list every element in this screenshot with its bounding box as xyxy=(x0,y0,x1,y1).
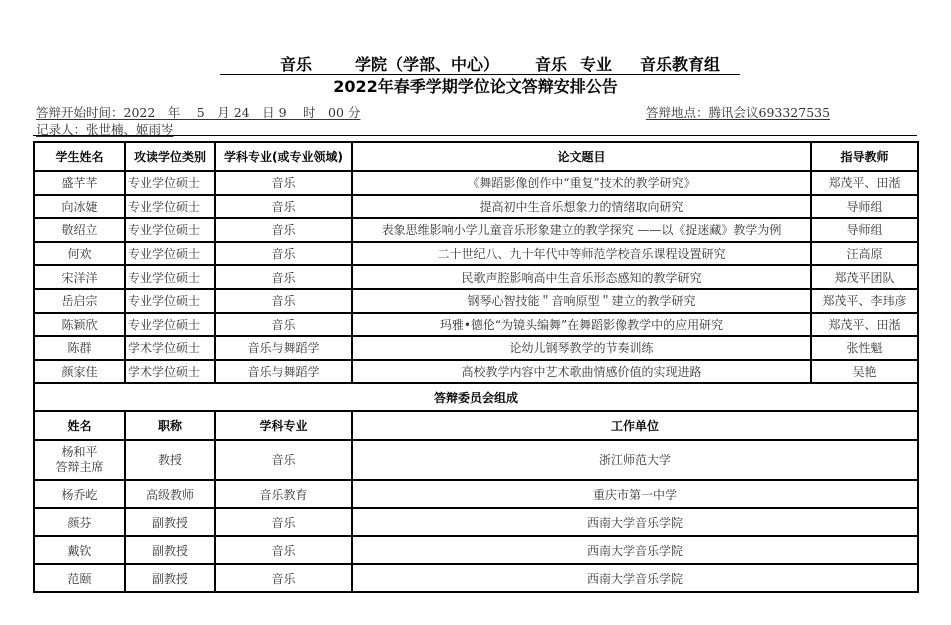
page-title: 2022年春季学期学位论文答辩安排公告 xyxy=(0,74,951,97)
member-unit: 重庆市第一中学 xyxy=(352,480,918,508)
student-name: 陈颖欣 xyxy=(34,313,125,337)
col-thesis-title: 论文题目 xyxy=(352,142,811,171)
degree-type: 专业学位硕士 xyxy=(125,171,215,195)
table-row: 陈颖欣 专业学位硕士 音乐 玛雅•德伦“为镜头编舞”在舞蹈影像教学中的应用研究 … xyxy=(34,313,918,337)
major: 音乐与舞蹈学 xyxy=(215,336,352,360)
committee-section-title: 答辩委员会组成 xyxy=(34,383,918,411)
committee-header-row: 姓名 职称 学科专业 工作单位 xyxy=(34,411,918,440)
member-title: 副教授 xyxy=(125,508,215,536)
major-suffix: 专业 xyxy=(580,52,612,75)
student-name: 向冰婕 xyxy=(34,195,125,219)
major: 音乐 xyxy=(215,265,352,289)
member-title: 教授 xyxy=(125,440,215,480)
member-title: 高级教师 xyxy=(125,480,215,508)
col-member-name: 姓名 xyxy=(34,411,125,440)
member-title: 副教授 xyxy=(125,536,215,564)
member-role: 答辩主席 xyxy=(35,460,124,475)
student-name: 岳启宗 xyxy=(34,289,125,313)
college-suffix: 学院（学部、中心） xyxy=(355,52,499,75)
member-title: 副教授 xyxy=(125,564,215,592)
student-name: 盛芊芊 xyxy=(34,171,125,195)
unit-heading: 音乐 学院（学部、中心） 音乐 专业 音乐教育组 xyxy=(220,50,740,75)
degree-type: 专业学位硕士 xyxy=(125,195,215,219)
advisor: 导师组 xyxy=(811,195,918,219)
table-row: 戴钦 副教授 音乐 西南大学音乐学院 xyxy=(34,536,918,564)
thesis-title: 《舞蹈影像创作中“重复”技术的教学研究》 xyxy=(352,171,811,195)
table-row: 何欢 专业学位硕士 音乐 二十世纪八、九十年代中等师范学校音乐课程设置研究 汪高… xyxy=(34,242,918,266)
table-row: 范颐 副教授 音乐 西南大学音乐学院 xyxy=(34,564,918,592)
table-row: 杨乔屹 高级教师 音乐教育 重庆市第一中学 xyxy=(34,480,918,508)
thesis-title: 钢琴心智技能＂音响原型＂建立的教学研究 xyxy=(352,289,811,313)
table-row: 向冰婕 专业学位硕士 音乐 提高初中生音乐想象力的情绪取向研究 导师组 xyxy=(34,195,918,219)
member-name: 颜芬 xyxy=(34,508,125,536)
thesis-title: 表象思维影响小学儿童音乐形象建立的教学探究 ——以《捉迷藏》教学为例 xyxy=(352,218,811,242)
table-row: 杨和平 答辩主席 教授 音乐 浙江师范大学 xyxy=(34,440,918,480)
thesis-title: 玛雅•德伦“为镜头编舞”在舞蹈影像教学中的应用研究 xyxy=(352,313,811,337)
col-degree-type: 攻读学位类别 xyxy=(125,142,215,171)
student-name: 何欢 xyxy=(34,242,125,266)
major: 音乐 xyxy=(215,289,352,313)
col-major: 学科专业(或专业领域) xyxy=(215,142,352,171)
member-name: 杨和平 xyxy=(35,445,124,460)
students-header-row: 学生姓名 攻读学位类别 学科专业(或专业领域) 论文题目 指导教师 xyxy=(34,142,918,171)
major: 音乐 xyxy=(215,218,352,242)
member-major: 音乐 xyxy=(215,536,352,564)
advisor: 导师组 xyxy=(811,218,918,242)
major-name: 音乐 xyxy=(535,52,567,75)
thesis-title: 提高初中生音乐想象力的情绪取向研究 xyxy=(352,195,811,219)
table-row: 宋洋洋 专业学位硕士 音乐 民歌声腔影响高中生音乐形态感知的教学研究 郑茂平团队 xyxy=(34,265,918,289)
advisor: 汪高原 xyxy=(811,242,918,266)
member-unit: 西南大学音乐学院 xyxy=(352,564,918,592)
degree-type: 专业学位硕士 xyxy=(125,289,215,313)
college-name: 音乐 xyxy=(280,52,312,75)
major: 音乐 xyxy=(215,171,352,195)
major: 音乐 xyxy=(215,242,352,266)
member-major: 音乐 xyxy=(215,508,352,536)
advisor: 张性魁 xyxy=(811,336,918,360)
member-major: 音乐教育 xyxy=(215,480,352,508)
group-name: 音乐教育组 xyxy=(640,52,720,75)
advisor: 吴艳 xyxy=(811,360,918,384)
major: 音乐 xyxy=(215,195,352,219)
member-major: 音乐 xyxy=(215,564,352,592)
col-member-title: 职称 xyxy=(125,411,215,440)
defense-start-time: 答辩开始时间：2022 年 5 月 24 日 9 时 00 分 xyxy=(36,103,360,121)
thesis-title: 高校教学内容中艺术歌曲情感价值的实现进路 xyxy=(352,360,811,384)
thesis-title: 民歌声腔影响高中生音乐形态感知的教学研究 xyxy=(352,265,811,289)
col-member-major: 学科专业 xyxy=(215,411,352,440)
member-name: 杨乔屹 xyxy=(34,480,125,508)
member-name: 戴钦 xyxy=(34,536,125,564)
degree-type: 专业学位硕士 xyxy=(125,313,215,337)
thesis-title: 论幼儿钢琴教学的节奏训练 xyxy=(352,336,811,360)
advisor: 郑茂平、田湉 xyxy=(811,171,918,195)
table-row: 陈群 学术学位硕士 音乐与舞蹈学 论幼儿钢琴教学的节奏训练 张性魁 xyxy=(34,336,918,360)
student-name: 敬绍立 xyxy=(34,218,125,242)
member-major: 音乐 xyxy=(215,440,352,480)
committee-section-row: 答辩委员会组成 xyxy=(34,383,918,411)
member-unit: 西南大学音乐学院 xyxy=(352,508,918,536)
degree-type: 专业学位硕士 xyxy=(125,218,215,242)
defense-schedule-table: 学生姓名 攻读学位类别 学科专业(或专业领域) 论文题目 指导教师 盛芊芊 专业… xyxy=(33,141,919,593)
thesis-title: 二十世纪八、九十年代中等师范学校音乐课程设置研究 xyxy=(352,242,811,266)
member-name-cell: 杨和平 答辩主席 xyxy=(34,440,125,480)
student-name: 陈群 xyxy=(34,336,125,360)
table-row: 盛芊芊 专业学位硕士 音乐 《舞蹈影像创作中“重复”技术的教学研究》 郑茂平、田… xyxy=(34,171,918,195)
student-name: 颜家佳 xyxy=(34,360,125,384)
member-name: 范颐 xyxy=(34,564,125,592)
col-student-name: 学生姓名 xyxy=(34,142,125,171)
degree-type: 学术学位硕士 xyxy=(125,336,215,360)
student-name: 宋洋洋 xyxy=(34,265,125,289)
advisor: 郑茂平、李玮彦 xyxy=(811,289,918,313)
degree-type: 专业学位硕士 xyxy=(125,242,215,266)
defense-location: 答辩地点：腾讯会议693327535 xyxy=(646,103,830,121)
table-row: 敬绍立 专业学位硕士 音乐 表象思维影响小学儿童音乐形象建立的教学探究 ——以《… xyxy=(34,218,918,242)
degree-type: 学术学位硕士 xyxy=(125,360,215,384)
member-unit: 浙江师范大学 xyxy=(352,440,918,480)
advisor: 郑茂平团队 xyxy=(811,265,918,289)
major: 音乐 xyxy=(215,313,352,337)
table-row: 颜芬 副教授 音乐 西南大学音乐学院 xyxy=(34,508,918,536)
header-divider xyxy=(33,135,917,136)
col-member-unit: 工作单位 xyxy=(352,411,918,440)
table-row: 岳启宗 专业学位硕士 音乐 钢琴心智技能＂音响原型＂建立的教学研究 郑茂平、李玮… xyxy=(34,289,918,313)
degree-type: 专业学位硕士 xyxy=(125,265,215,289)
table-row: 颜家佳 学术学位硕士 音乐与舞蹈学 高校教学内容中艺术歌曲情感价值的实现进路 吴… xyxy=(34,360,918,384)
col-advisor: 指导教师 xyxy=(811,142,918,171)
advisor: 郑茂平、田湉 xyxy=(811,313,918,337)
major: 音乐与舞蹈学 xyxy=(215,360,352,384)
member-unit: 西南大学音乐学院 xyxy=(352,536,918,564)
